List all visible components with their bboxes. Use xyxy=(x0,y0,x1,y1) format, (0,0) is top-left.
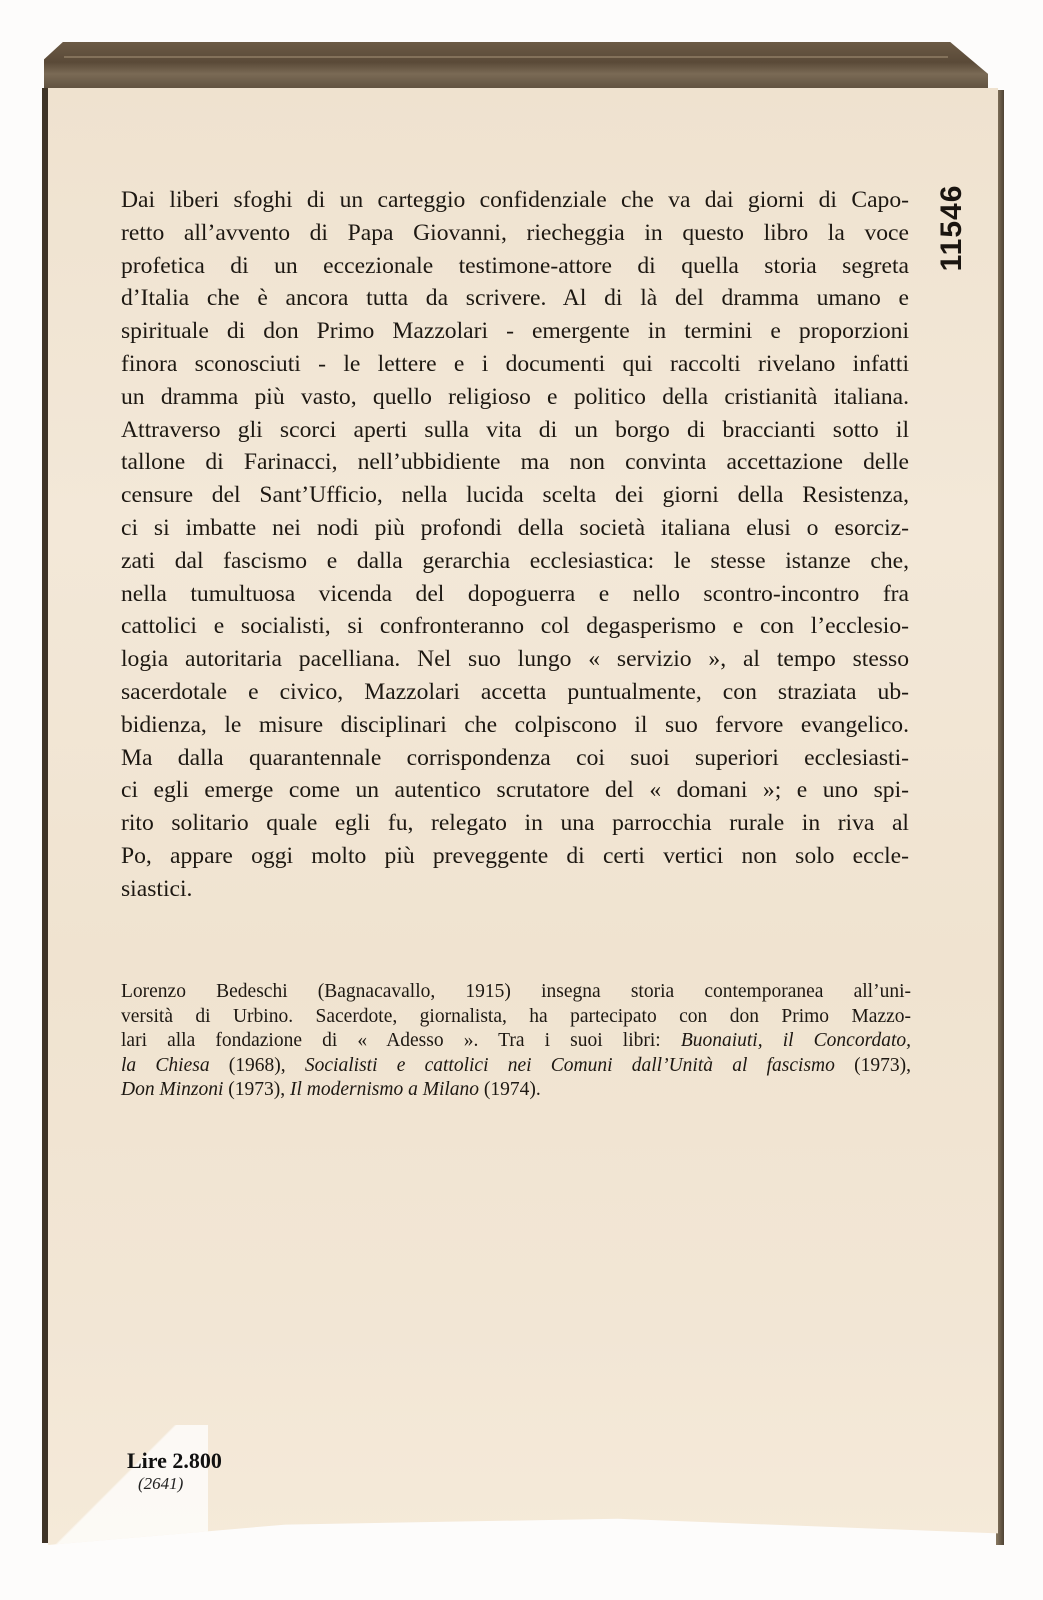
blurb-line: Po, appare oggi molto più preveggente di… xyxy=(121,840,909,873)
blurb-line: cattolici e socialisti, si confronterann… xyxy=(121,610,909,643)
blurb-line: Attraverso gli scorci aperti sulla vita … xyxy=(121,414,909,447)
book-title: Il modernismo a Milano xyxy=(290,1079,479,1100)
blurb-line: nella tumultuosa vicenda del dopoguerra … xyxy=(121,578,909,611)
blurb-line: tallone di Farinacci, nell’ubbidiente ma… xyxy=(121,446,909,479)
book-spine-edge xyxy=(42,88,48,1543)
bio-line: Don Minzoni (1973), Il modernismo a Mila… xyxy=(121,1078,911,1103)
blurb-line: rito solitario quale egli fu, relegato i… xyxy=(121,807,909,840)
author-bio: Lorenzo Bedeschi (Bagnacavallo, 1915) in… xyxy=(121,980,911,1103)
blurb-line: logia autoritaria pacelliana. Nel suo lu… xyxy=(121,643,909,676)
price-code: (2641) xyxy=(138,1474,183,1494)
blurb-line: Ma dalla quarantennale corrispondenza co… xyxy=(121,742,909,775)
bio-line: lari alla fondazione di « Adesso ». Tra … xyxy=(121,1029,911,1054)
book-title: Buonaiuti, il Concordato, xyxy=(681,1030,911,1051)
blurb-line: d’Italia che è ancora tutta da scrivere.… xyxy=(121,282,909,315)
blurb-line: Dai liberi sfoghi di un carteggio confid… xyxy=(121,184,909,217)
blurb-line: retto all’avvento di Papa Giovanni, riec… xyxy=(121,217,909,250)
blurb-text: Dai liberi sfoghi di un carteggio confid… xyxy=(121,184,909,906)
blurb-line: profetica di un eccezionale testimone-at… xyxy=(121,250,909,283)
blurb-line: censure del Sant’Ufficio, nella lucida s… xyxy=(121,479,909,512)
blurb-line: sacerdotale e civico, Mazzolari accetta … xyxy=(121,676,909,709)
blurb-line: zati dal fascismo e dalla gerarchia eccl… xyxy=(121,545,909,578)
blurb-line: ci si imbatte nei nodi più profondi dell… xyxy=(121,512,909,545)
blurb-line: spirituale di don Primo Mazzolari - emer… xyxy=(121,315,909,348)
blurb-line: finora sconosciuti - le lettere e i docu… xyxy=(121,348,909,381)
bio-line: la Chiesa (1968), Socialisti e cattolici… xyxy=(121,1054,911,1079)
blurb-line: bidienza, le misure disciplinari che col… xyxy=(121,709,909,742)
blurb-line: un dramma più vasto, quello religioso e … xyxy=(121,381,909,414)
catalog-number: 11546 xyxy=(932,178,972,278)
book-title: Don Minzoni xyxy=(121,1079,223,1100)
blurb-line: ci egli emerge come un autentico scrutat… xyxy=(121,774,909,807)
bio-line: versità di Urbino. Sacerdote, giornalist… xyxy=(121,1005,911,1030)
bio-line: Lorenzo Bedeschi (Bagnacavallo, 1915) in… xyxy=(121,980,911,1005)
book-title: la Chiesa xyxy=(121,1055,210,1076)
book-title: Socialisti e cattolici nei Comuni dall’U… xyxy=(305,1055,835,1076)
blurb-line: siastici. xyxy=(121,873,909,906)
price-label: Lire 2.800 xyxy=(127,1448,222,1474)
